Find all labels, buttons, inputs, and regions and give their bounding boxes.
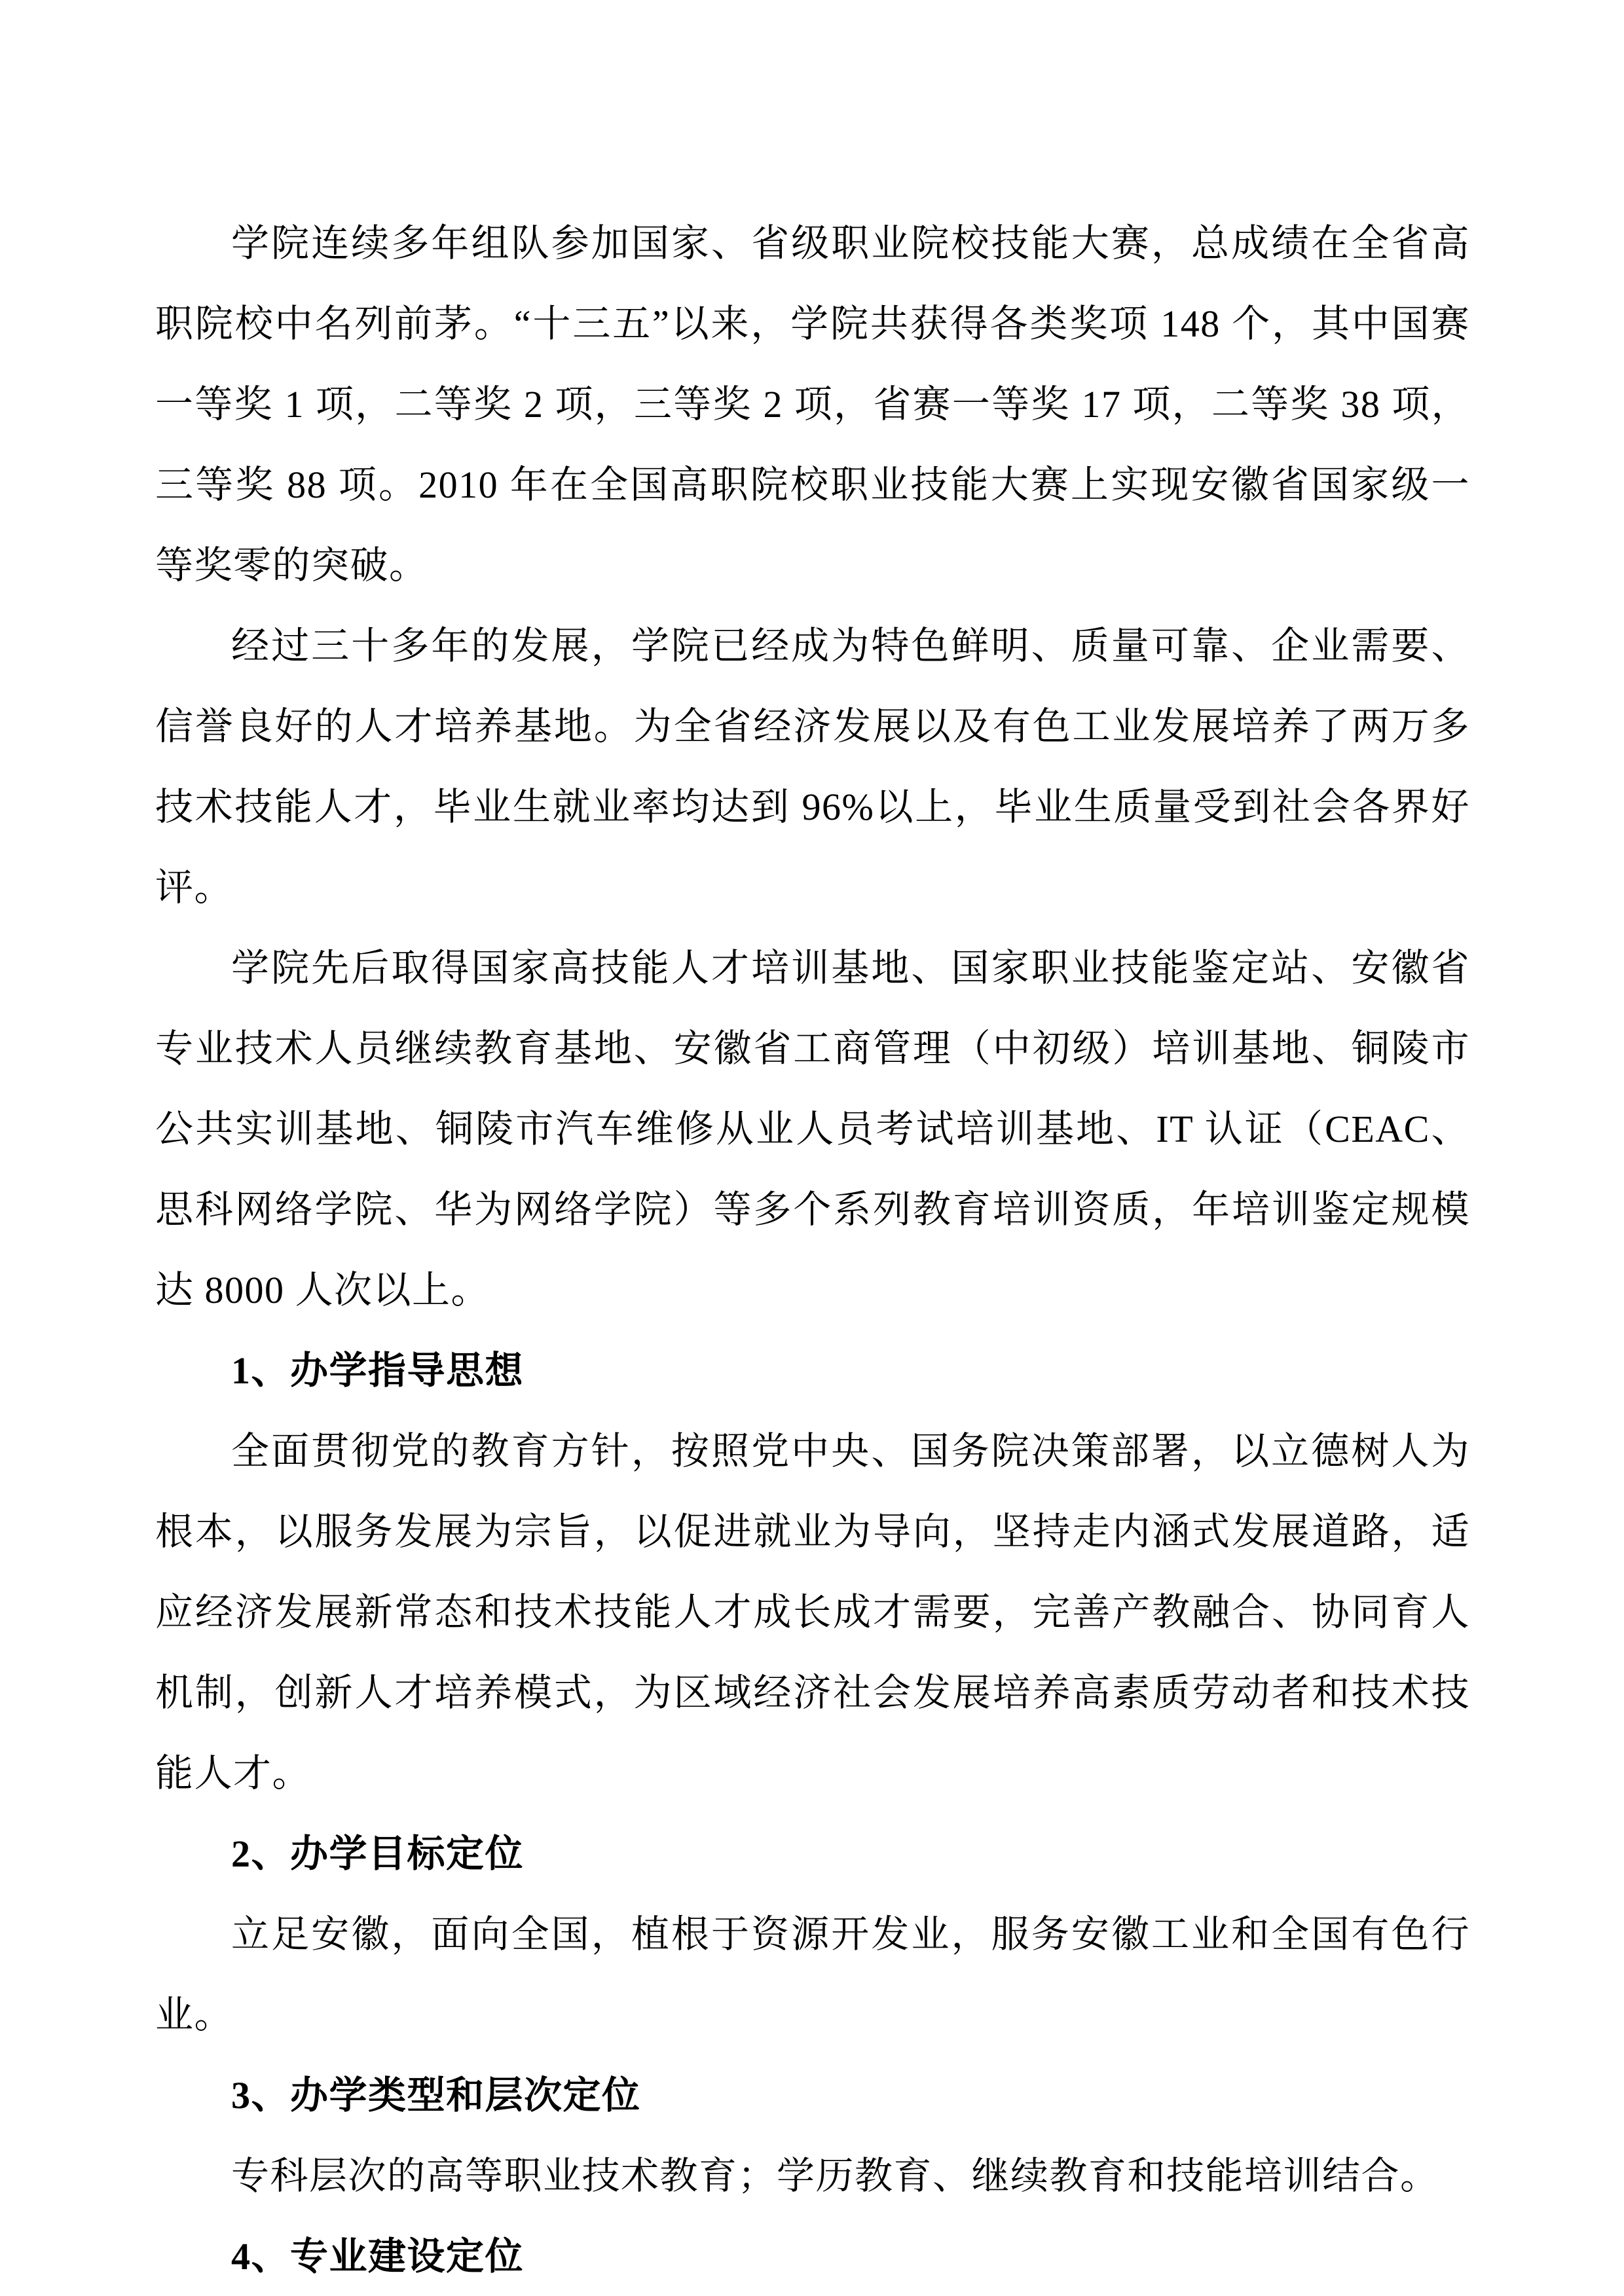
heading-major-construction-positioning: 4、专业建设定位 — [155, 2216, 1470, 2296]
paragraph-type-level-positioning: 专科层次的高等职业技术教育；学历教育、继续教育和技能培训结合。 — [155, 2136, 1470, 2216]
heading-type-level-positioning: 3、办学类型和层次定位 — [155, 2055, 1470, 2136]
document-content: 学院连续多年组队参加国家、省级职业院校技能大赛，总成绩在全省高职院校中名列前茅。… — [155, 203, 1470, 2296]
paragraph-development: 经过三十多年的发展，学院已经成为特色鲜明、质量可靠、企业需要、信誉良好的人才培养… — [155, 606, 1470, 928]
paragraph-target-positioning: 立足安徽，面向全国，植根于资源开发业，服务安徽工业和全国有色行业。 — [155, 1894, 1470, 2055]
heading-target-positioning: 2、办学目标定位 — [155, 1813, 1470, 1894]
document-page: 学院连续多年组队参加国家、省级职业院校技能大赛，总成绩在全省高职院校中名列前茅。… — [0, 0, 1624, 2296]
paragraph-competitions: 学院连续多年组队参加国家、省级职业院校技能大赛，总成绩在全省高职院校中名列前茅。… — [155, 203, 1470, 606]
paragraph-training-bases: 学院先后取得国家高技能人才培训基地、国家职业技能鉴定站、安徽省专业技术人员继续教… — [155, 928, 1470, 1330]
paragraph-guiding-ideology: 全面贯彻党的教育方针，按照党中央、国务院决策部署，以立德树人为根本，以服务发展为… — [155, 1411, 1470, 1813]
heading-guiding-ideology: 1、办学指导思想 — [155, 1330, 1470, 1411]
